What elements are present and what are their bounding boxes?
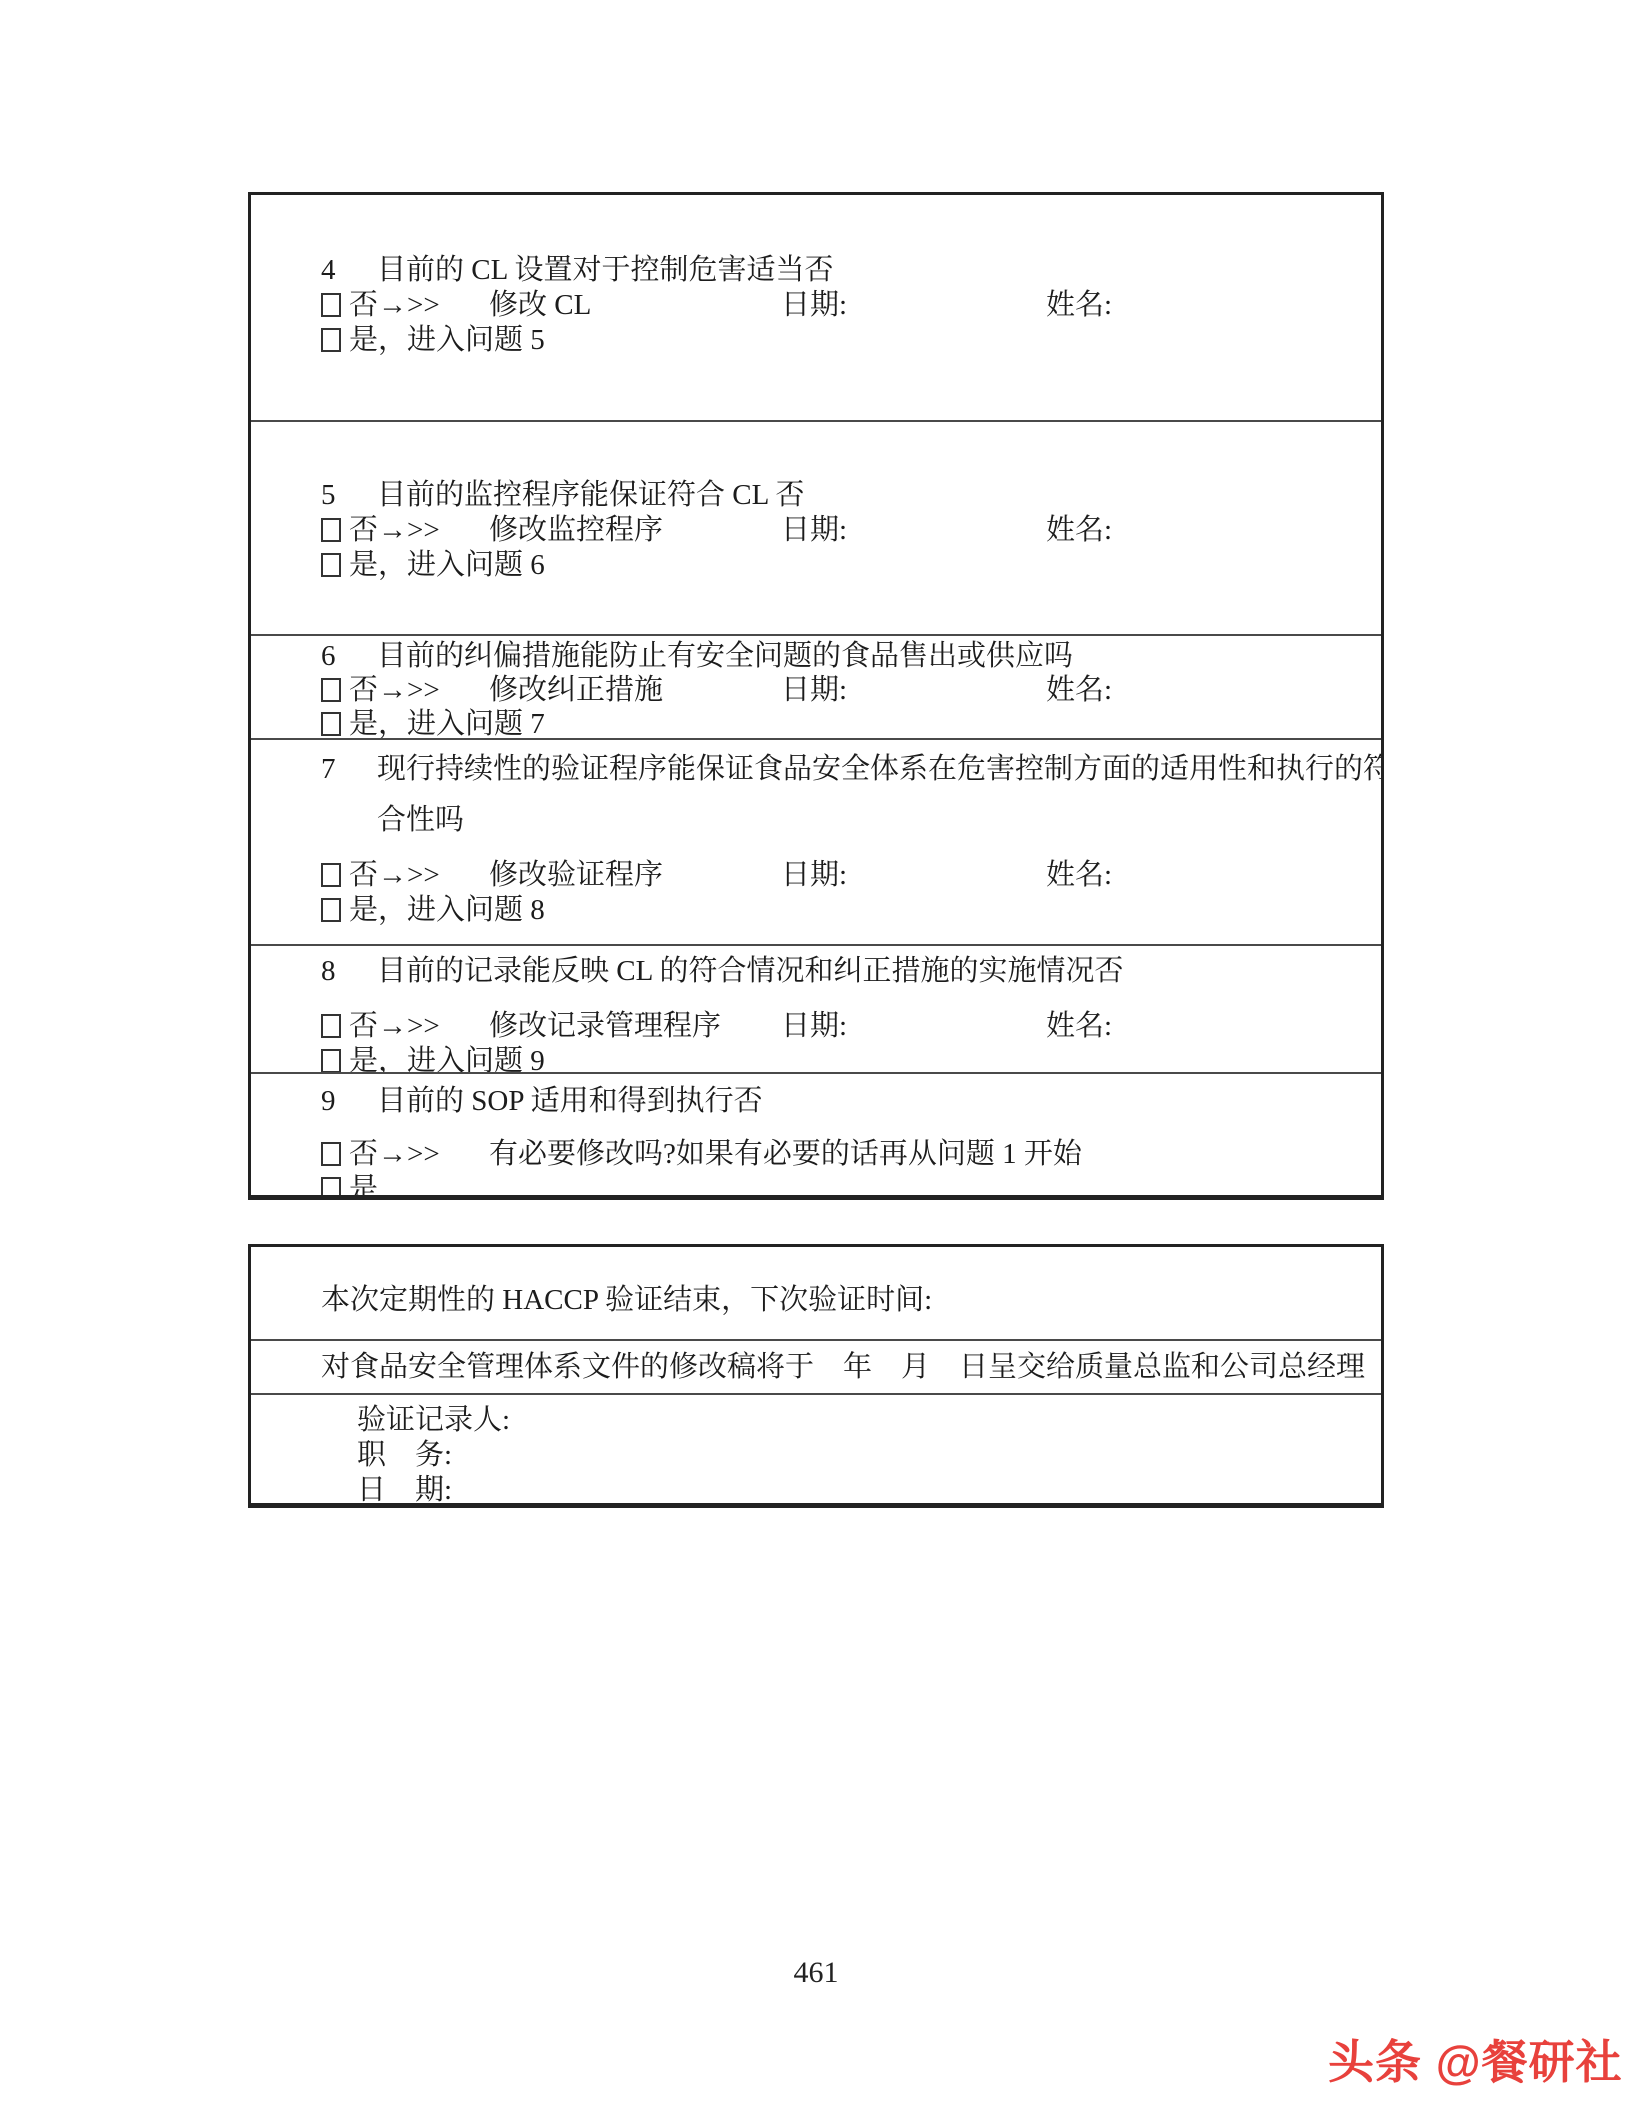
question-text: 目前的记录能反映 CL 的符合情况和纠正措施的实施情况否 [377,955,1123,987]
name-label: 姓名: [1046,513,1112,548]
question-text: 目前的纠偏措施能防止有安全问题的食品售出或供应吗 [377,640,1073,672]
summary-row-submission: 对食品安全管理体系文件的修改稿将于 年 月 日呈交给质量总监和公司总经理 [251,1341,1381,1395]
q7-no-checkbox[interactable] [321,863,341,887]
date-label: 日期: [781,673,1046,707]
no-arrow-label: 否→>> [349,674,440,706]
no-arrow-label: 否→>> [349,1138,440,1170]
answer-yes-line: 是，进入问题 5 [321,323,1375,358]
question-number: 5 [321,478,377,513]
yes-text: 是，进入问题 7 [349,708,545,740]
corrective-action: 修改验证程序 [489,858,781,893]
question-title: 8目前的记录能反映 CL 的符合情况和纠正措施的实施情况否 [321,954,1375,989]
question-number: 9 [321,1084,377,1119]
q8-yes-checkbox[interactable] [321,1049,341,1073]
q5-yes-checkbox[interactable] [321,553,341,577]
question-number: 6 [321,639,377,673]
corrective-action: 修改记录管理程序 [489,1009,781,1044]
name-label: 姓名: [1046,858,1112,893]
date-label: 日期: [781,1009,1046,1044]
yes-text: 是，进入问题 6 [349,549,545,581]
name-label: 姓名: [1046,288,1112,323]
date-label: 日 期: [357,1473,1375,1503]
no-arrow-label: 否→>> [349,289,440,321]
question-text: 目前的 CL 设置对于控制危害适当否 [377,254,833,286]
question-row-4: 4目前的 CL 设置对于控制危害适当否 否→>>修改 CL日期:姓名: 是，进入… [251,195,1381,422]
question-text: 目前的监控程序能保证符合 CL 否 [377,479,804,511]
corrective-action: 修改 CL [489,288,781,323]
question-row-7: 7现行持续性的验证程序能保证食品安全体系在危害控制方面的适用性和执行的符 合性吗… [251,740,1381,946]
answer-no-line: 否→>>有必要修改吗?如果有必要的话再从问题 1 开始 [321,1137,1375,1172]
summary-row-conclusion: 本次定期性的 HACCP 验证结束，下次验证时间: [251,1247,1381,1341]
question-text-continued: 合性吗 [321,803,1375,838]
answer-yes-line: 是 [321,1172,1375,1195]
question-number: 7 [321,752,377,787]
submission-text: 对食品安全管理体系文件的修改稿将于 年 月 日呈交给质量总监和公司总经理 [321,1351,1365,1383]
q9-yes-checkbox[interactable] [321,1177,341,1195]
conclusion-text: 本次定期性的 HACCP 验证结束，下次验证时间: [321,1284,932,1316]
question-row-5: 5目前的监控程序能保证符合 CL 否 否→>>修改监控程序日期:姓名: 是，进入… [251,422,1381,636]
q9-no-checkbox[interactable] [321,1142,341,1166]
answer-no-line: 否→>>修改 CL日期:姓名: [321,288,1375,323]
answer-no-line: 否→>>修改验证程序日期:姓名: [321,858,1375,893]
q4-yes-checkbox[interactable] [321,328,341,352]
document-page: 4目前的 CL 设置对于控制危害适当否 否→>>修改 CL日期:姓名: 是，进入… [0,0,1632,2112]
verification-questions-table: 4目前的 CL 设置对于控制危害适当否 否→>>修改 CL日期:姓名: 是，进入… [248,192,1384,1200]
answer-no-line: 否→>>修改记录管理程序日期:姓名: [321,1009,1375,1044]
question-text: 现行持续性的验证程序能保证食品安全体系在危害控制方面的适用性和执行的符 [377,753,1381,785]
question-row-8: 8目前的记录能反映 CL 的符合情况和纠正措施的实施情况否 否→>>修改记录管理… [251,946,1381,1074]
watermark-toutiao: 头条 @餐研社 [1328,2026,1623,2092]
yes-text: 是，进入问题 5 [349,324,545,356]
answer-yes-line: 是，进入问题 9 [321,1044,1375,1074]
question-row-6: 6目前的纠偏措施能防止有安全问题的食品售出或供应吗 否→>>修改纠正措施日期:姓… [251,636,1381,740]
no-arrow-label: 否→>> [349,859,440,891]
question-title: 9目前的 SOP 适用和得到执行否 [321,1084,1375,1119]
no-arrow-label: 否→>> [349,514,440,546]
q7-yes-checkbox[interactable] [321,898,341,922]
corrective-action: 修改监控程序 [489,513,781,548]
verification-summary-table: 本次定期性的 HACCP 验证结束，下次验证时间: 对食品安全管理体系文件的修改… [248,1244,1384,1508]
name-label: 姓名: [1046,1009,1112,1044]
q5-no-checkbox[interactable] [321,518,341,542]
question-text: 目前的 SOP 适用和得到执行否 [377,1085,763,1117]
q6-yes-checkbox[interactable] [321,712,341,736]
no-arrow-label: 否→>> [349,1010,440,1042]
date-label: 日期: [781,288,1046,323]
corrective-action: 修改纠正措施 [489,673,781,707]
yes-text: 是，进入问题 8 [349,894,545,926]
answer-yes-line: 是，进入问题 7 [321,707,1375,740]
date-label: 日期: [781,513,1046,548]
question-row-9: 9目前的 SOP 适用和得到执行否 否→>>有必要修改吗?如果有必要的话再从问题… [251,1074,1381,1195]
q8-no-checkbox[interactable] [321,1014,341,1038]
yes-text: 是，进入问题 9 [349,1045,545,1074]
answer-yes-line: 是，进入问题 8 [321,893,1375,928]
position-label: 职 务: [357,1438,1375,1473]
yes-text: 是 [349,1173,378,1195]
question-title: 5目前的监控程序能保证符合 CL 否 [321,478,1375,513]
summary-row-signoff: 验证记录人: 职 务: 日 期: [251,1395,1381,1503]
question-number: 4 [321,253,377,288]
answer-no-line: 否→>>修改纠正措施日期:姓名: [321,673,1375,707]
recorder-label: 验证记录人: [357,1403,1375,1438]
q6-no-checkbox[interactable] [321,678,341,702]
question-title: 4目前的 CL 设置对于控制危害适当否 [321,253,1375,288]
question-title: 7现行持续性的验证程序能保证食品安全体系在危害控制方面的适用性和执行的符 [321,752,1375,787]
answer-no-line: 否→>>修改监控程序日期:姓名: [321,513,1375,548]
page-number: 461 [0,1956,1632,1990]
corrective-action: 有必要修改吗?如果有必要的话再从问题 1 开始 [489,1137,1082,1172]
date-label: 日期: [781,858,1046,893]
q4-no-checkbox[interactable] [321,293,341,317]
question-number: 8 [321,954,377,989]
answer-yes-line: 是，进入问题 6 [321,548,1375,583]
question-title: 6目前的纠偏措施能防止有安全问题的食品售出或供应吗 [321,639,1375,673]
name-label: 姓名: [1046,673,1112,707]
